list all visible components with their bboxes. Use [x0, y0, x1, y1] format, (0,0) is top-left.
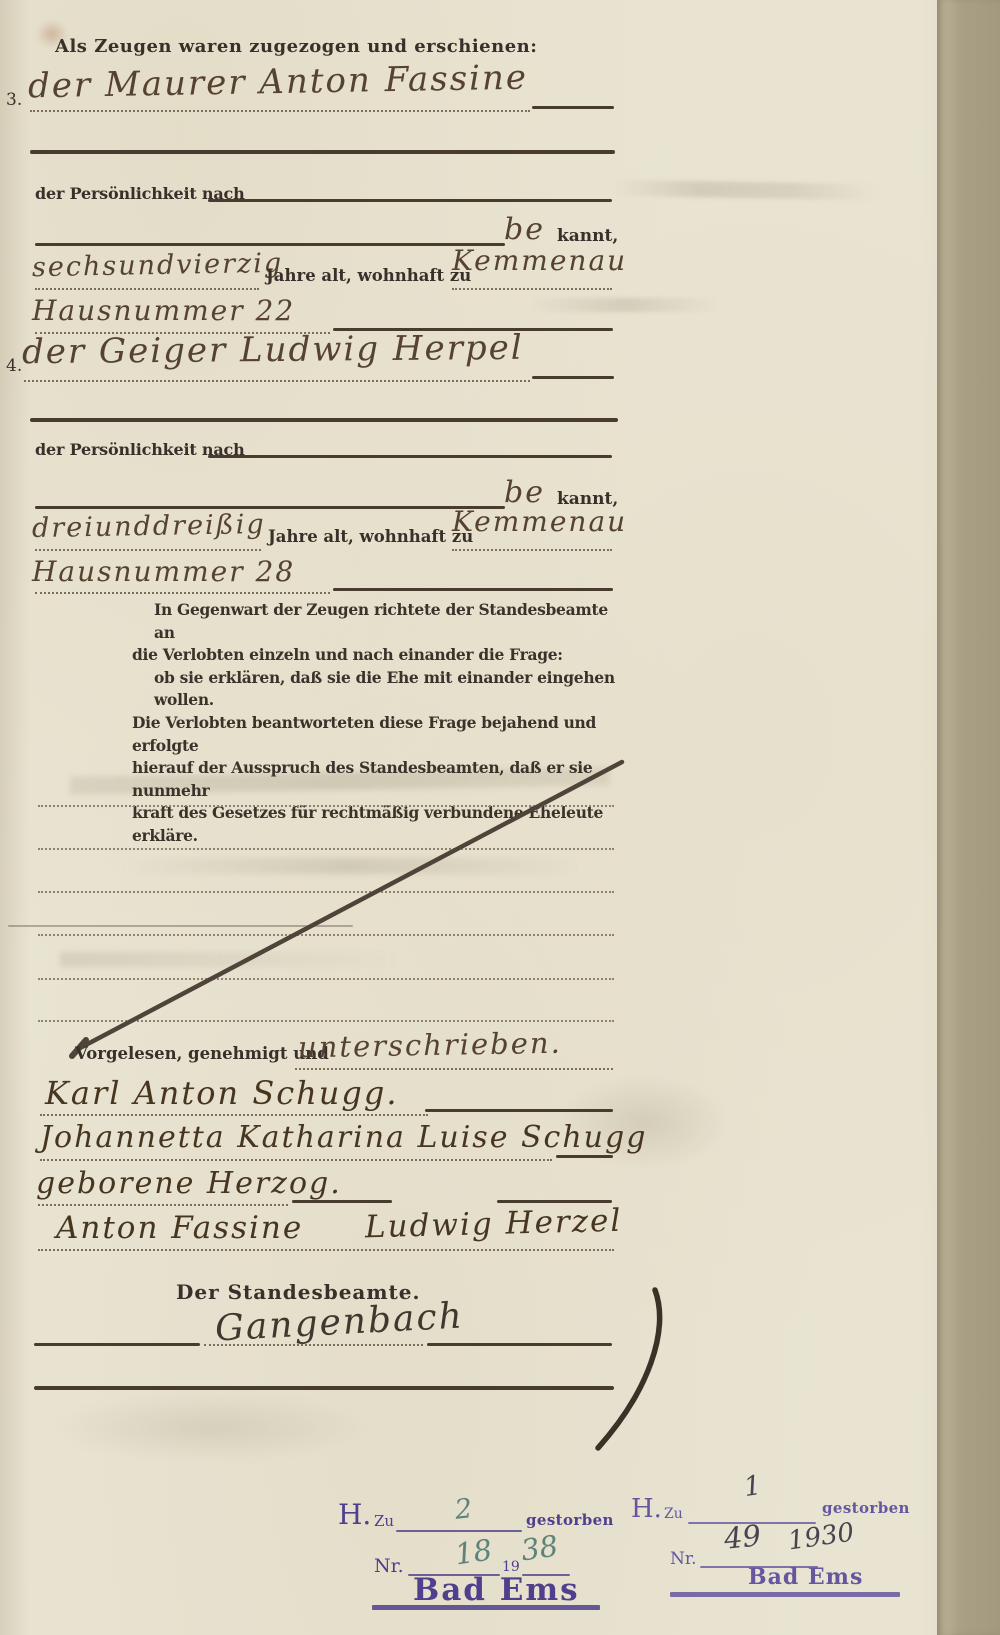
stamp-zu-label: Zu [374, 1512, 394, 1530]
stamp-line [396, 1530, 522, 1532]
fill-line-end [532, 376, 614, 379]
fill-line [452, 549, 612, 551]
stamp-underline [372, 1605, 600, 1610]
stamp-underline [670, 1592, 900, 1597]
fill-line-end [556, 1155, 613, 1158]
stamp-nr-value-handwritten: 49 [722, 1518, 762, 1556]
signature-witness4: Ludwig Herzel [365, 1203, 623, 1246]
fill-line [35, 549, 261, 551]
witness4-age-handwritten: dreiunddreißig [32, 509, 266, 544]
ruled-line [38, 891, 614, 893]
bleedthrough-smudge [610, 180, 880, 201]
identity-rule [208, 455, 612, 458]
fill-line [295, 1068, 613, 1070]
signature-rule [34, 1343, 200, 1346]
page-edge [937, 0, 1000, 1635]
stamp-h-label: H. [338, 1498, 371, 1531]
witness3-known-label: kannt, [557, 226, 618, 246]
separator-rule [30, 418, 618, 422]
ruled-line [38, 848, 614, 850]
stamp-h-label: H. [631, 1494, 662, 1524]
witness3-age-label: Jahre alt, wohnhaft zu [266, 266, 471, 285]
fill-line [40, 1159, 552, 1161]
signature-bride: Johannetta Katharina Luise Schugg [40, 1120, 647, 1155]
ruled-line [38, 934, 614, 936]
witness4-name-handwritten: der Geiger Ludwig Herpel [22, 328, 524, 372]
fill-line [452, 288, 612, 290]
fill-line-end [532, 106, 614, 109]
witness3-known-handwritten: be [504, 212, 545, 247]
closing-printed-label: Vorgelesen, genehmigt und [75, 1044, 329, 1063]
stamp-zu-value-handwritten: 1 [742, 1470, 763, 1503]
witness3-place-handwritten: Kemmenau [452, 244, 627, 277]
bleedthrough-smudge [60, 952, 400, 967]
witness4-age-label: Jahre alt, wohnhaft zu [268, 527, 473, 546]
stamp-nr-label: Nr. [670, 1549, 697, 1569]
bleedthrough-smudge [530, 298, 720, 312]
stamp-nr-value-handwritten: 18 [453, 1533, 494, 1572]
stamp-zu-value-handwritten: 2 [453, 1493, 473, 1526]
fill-line [38, 1204, 288, 1206]
witness4-house-handwritten: Hausnummer 28 [32, 555, 295, 588]
witness3-house-handwritten: Hausnummer 22 [32, 294, 295, 327]
signature-bride-birthname: geborene Herzog. [36, 1166, 342, 1201]
fill-line [30, 110, 530, 112]
declaration-line: ob sie erklären, daß sie die Ehe mit ein… [132, 667, 628, 712]
declaration-line: Die Verlobten beantworteten diese Frage … [132, 712, 628, 757]
identity-rule [208, 199, 612, 202]
fill-line [35, 592, 330, 594]
declaration-paragraph: In Gegenwart der Zeugen richtete der Sta… [132, 599, 628, 848]
bottom-rule [34, 1386, 614, 1390]
declaration-line: kraft des Gesetzes für rechtmäßig verbun… [132, 802, 628, 847]
marriage-register-scan: Als Zeugen waren zugezogen und erschiene… [0, 0, 1000, 1635]
stamp-gestorben-label: gestorben [822, 1499, 910, 1517]
closing-handwritten: unterschrieben. [298, 1026, 562, 1065]
witness4-number: 4. [6, 356, 22, 376]
witness4-place-handwritten: Kemmenau [452, 505, 627, 538]
witness3-name-handwritten: der Maurer Anton Fassine [28, 58, 529, 107]
fill-line-end [333, 588, 613, 591]
stamp-year-value-handwritten: 38 [519, 1529, 560, 1568]
bleedthrough-smudge [120, 858, 580, 874]
stamp-nr-label: Nr. [374, 1555, 404, 1577]
signature-witness3: Anton Fassine [56, 1210, 303, 1246]
fill-line [35, 288, 259, 290]
stamp-gestorben-label: gestorben [526, 1511, 614, 1529]
declaration-line: In Gegenwart der Zeugen richtete der Sta… [132, 599, 628, 644]
fill-line-end [292, 1200, 392, 1203]
stamp-zu-label: Zu [664, 1506, 683, 1522]
fill-line [40, 1114, 428, 1116]
known-rule [35, 243, 505, 246]
ruled-line [38, 978, 614, 980]
declaration-line: die Verlobten einzeln und nach einander … [132, 644, 628, 667]
fill-line [38, 1249, 614, 1251]
stamp-place: Bad Ems [748, 1564, 863, 1590]
separator-rule [30, 150, 615, 154]
declaration-line: hierauf der Ausspruch des Standesbeamten… [132, 757, 628, 802]
witness3-age-handwritten: sechsundvierzig [32, 248, 284, 283]
signature-rule-dotted [204, 1344, 423, 1346]
witness3-number: 3. [6, 90, 22, 110]
ruled-line [38, 805, 614, 807]
known-rule [35, 506, 505, 509]
signature-groom: Karl Anton Schugg. [45, 1074, 399, 1112]
fill-line [24, 380, 530, 382]
signature-rule [427, 1343, 612, 1346]
faint-rule [8, 925, 353, 927]
witness-section-heading: Als Zeugen waren zugezogen und erschiene… [55, 36, 537, 57]
signature-flourish [598, 1290, 660, 1448]
stamp-place: Bad Ems [413, 1572, 580, 1608]
ruled-line [38, 1020, 614, 1022]
fill-line-end [425, 1109, 613, 1112]
bleedthrough-smudge [50, 1392, 370, 1462]
